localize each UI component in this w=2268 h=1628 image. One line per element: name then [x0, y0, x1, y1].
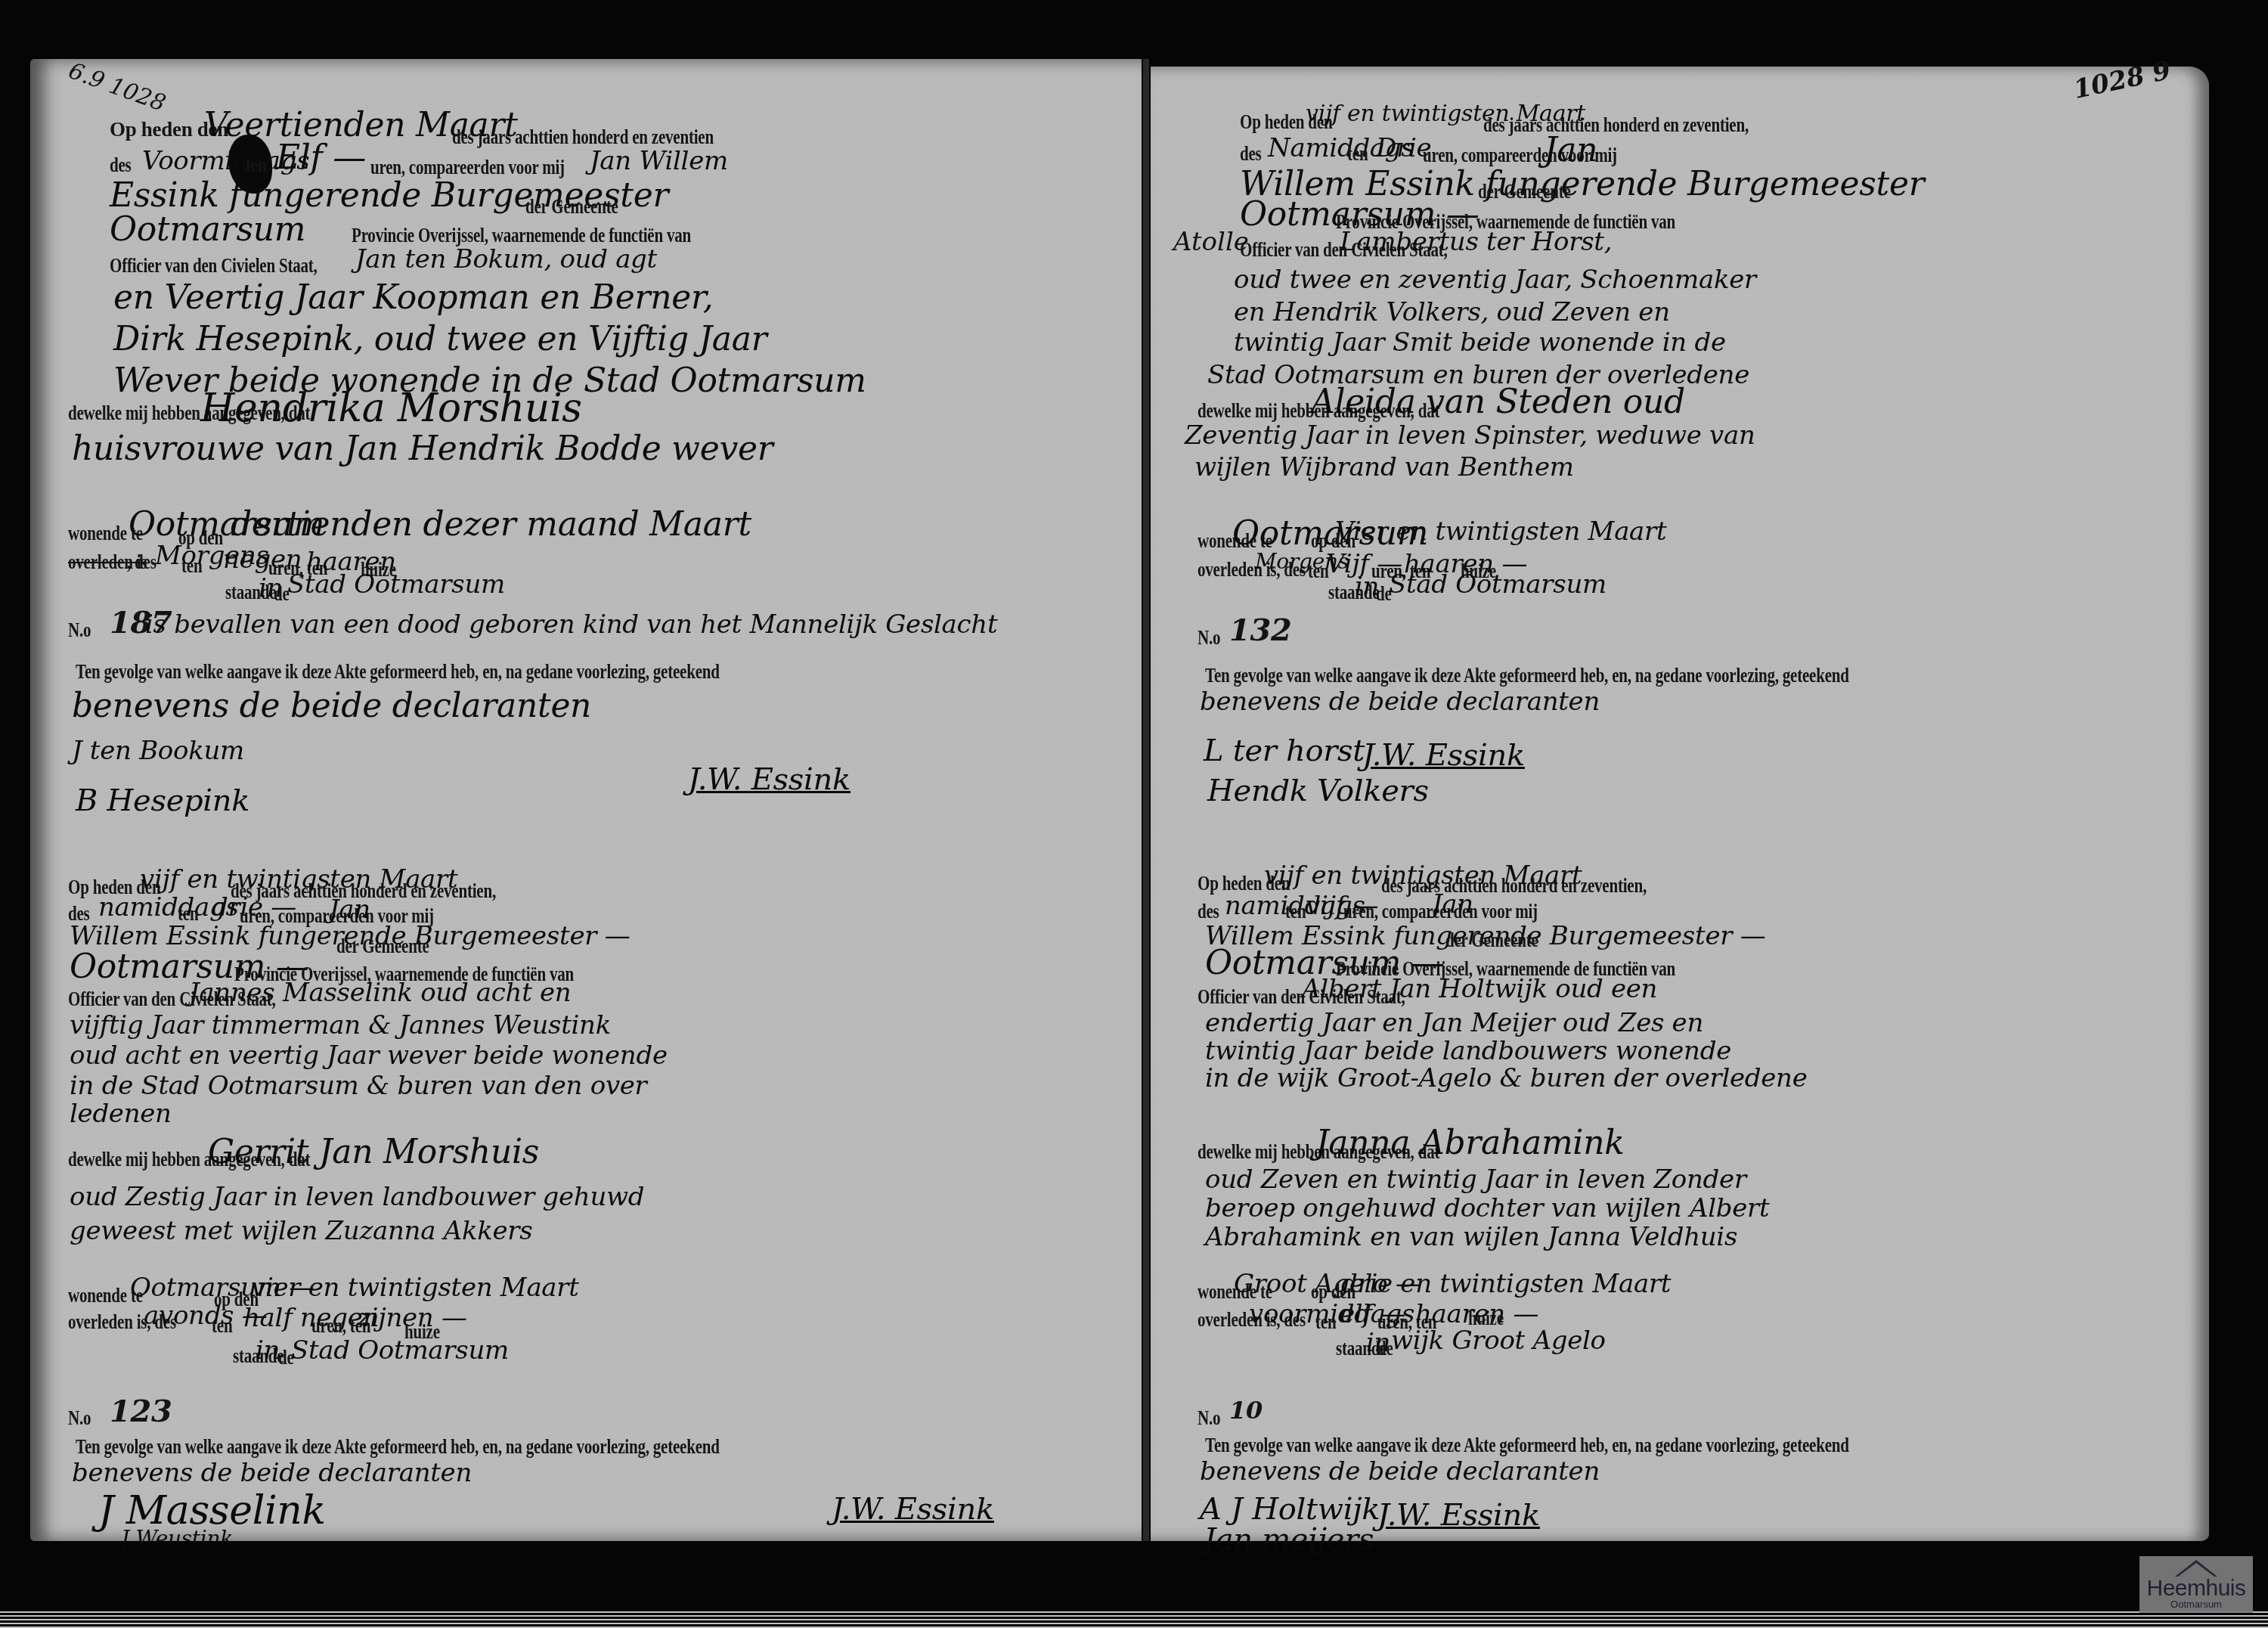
- logo-subtitle: Ootmarsum: [2170, 1599, 2222, 1610]
- official-signature: J.W. Essink: [1362, 738, 1525, 773]
- record-number: 10: [1229, 1396, 1263, 1425]
- record-number-label: N.o: [1198, 1406, 1220, 1430]
- witness-signature-2: J Weustink: [121, 1526, 233, 1551]
- heemhuis-watermark-logo: Heemhuis Ootmarsum: [2139, 1556, 2253, 1613]
- witness-signature-2: Hendk Volkers: [1207, 774, 1429, 808]
- witness-signature-1: J ten Bookum: [72, 736, 244, 766]
- record-number-label: N.o: [68, 1406, 91, 1430]
- left-page: 6.9 1028 Op heden den Veertienden Maart …: [30, 59, 1142, 1541]
- official-signature: J.W. Essink: [688, 762, 850, 797]
- deceased-name: Gerrit Jan Morshuis: [208, 1133, 539, 1171]
- record-number: 132: [1229, 612, 1292, 648]
- record-number: 123: [110, 1394, 172, 1429]
- witness-signature-2: Jan meijers: [1204, 1522, 1374, 1557]
- folio-number-right: 1028 9: [2071, 55, 2173, 105]
- official-signature: J.W. Essink: [1377, 1498, 1540, 1533]
- official-signature: J.W. Essink: [832, 1492, 994, 1527]
- deceased-name: Janna Abrahamink: [1315, 1124, 1625, 1162]
- record-number-label: N.o: [1198, 626, 1220, 650]
- right-page: 1028 9 Atolle Op heden den vijf en twint…: [1151, 67, 2209, 1541]
- record-number-label: N.o: [68, 619, 91, 642]
- margin-note: Atolle: [1173, 227, 1249, 257]
- logo-name: Heemhuis: [2146, 1578, 2245, 1599]
- witness-signature-2: B Hesepink: [76, 783, 249, 818]
- scan-artifact: [0, 1609, 2268, 1628]
- folio-number-left: 6.9 1028: [65, 57, 169, 117]
- witness-signature-1: L ter horst: [1204, 733, 1365, 768]
- deceased-name: Hendrika Morshuis: [200, 386, 582, 431]
- deceased-name: Aleida van Steden oud: [1311, 383, 1685, 421]
- house-roof-icon: [2175, 1560, 2217, 1577]
- book-gutter: [1143, 59, 1149, 1541]
